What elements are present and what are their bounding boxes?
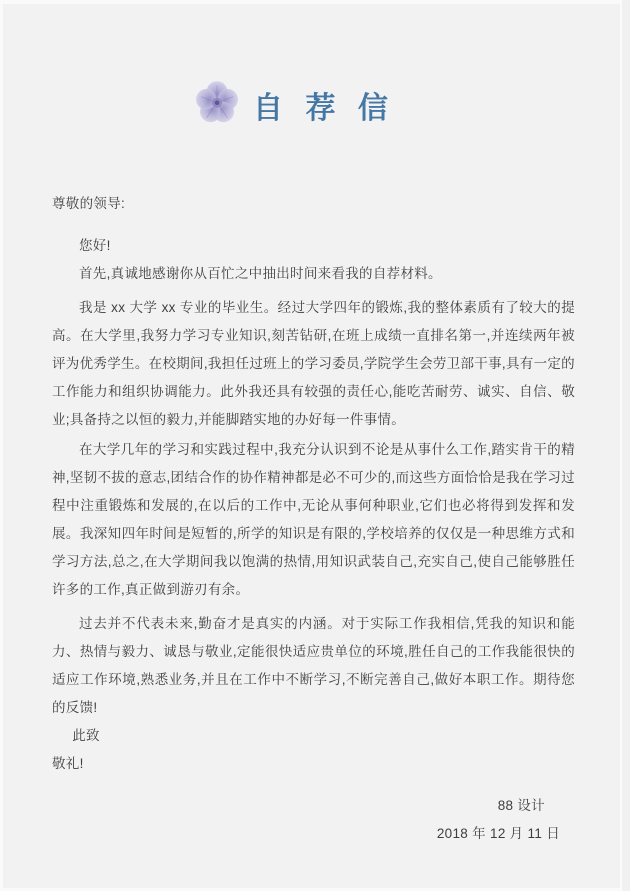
- letter-page: 自 荐 信 尊敬的领导: 您好! 首先,真诚地感谢你从百忙之中抽出时间来看我的自…: [0, 0, 630, 891]
- closing-respect: 此致: [52, 722, 575, 750]
- letter-body: 尊敬的领导: 您好! 首先,真诚地感谢你从百忙之中抽出时间来看我的自荐材料。 我…: [52, 190, 575, 848]
- flower-icon: [194, 78, 240, 126]
- paragraph: 我是 xx 大学 xx 专业的毕业生。经过大学四年的锻炼,我的整体素质有了较大的…: [52, 294, 575, 434]
- page-title: 自 荐 信: [253, 80, 394, 124]
- paragraph: 在大学几年的学习和实践过程中,我充分认识到不论是从事什么工作,踏实肯干的精神,坚…: [52, 436, 575, 604]
- salutation: 尊敬的领导:: [52, 190, 575, 218]
- paragraph: 过去并不代表未来,勤奋才是真实的内涵。对于实际工作我相信,凭我的知识和能力、热情…: [52, 610, 575, 722]
- page-right-edge: [622, 0, 630, 891]
- signature-date: 2018 年 12 月 11 日: [52, 820, 575, 848]
- intro-line: 首先,真诚地感谢你从百忙之中抽出时间来看我的自荐材料。: [52, 260, 575, 288]
- title-block: 自 荐 信: [194, 78, 394, 126]
- greeting-line: 您好!: [52, 232, 575, 260]
- signature: 88 设计: [52, 792, 575, 820]
- closing-salute: 敬礼!: [52, 750, 575, 778]
